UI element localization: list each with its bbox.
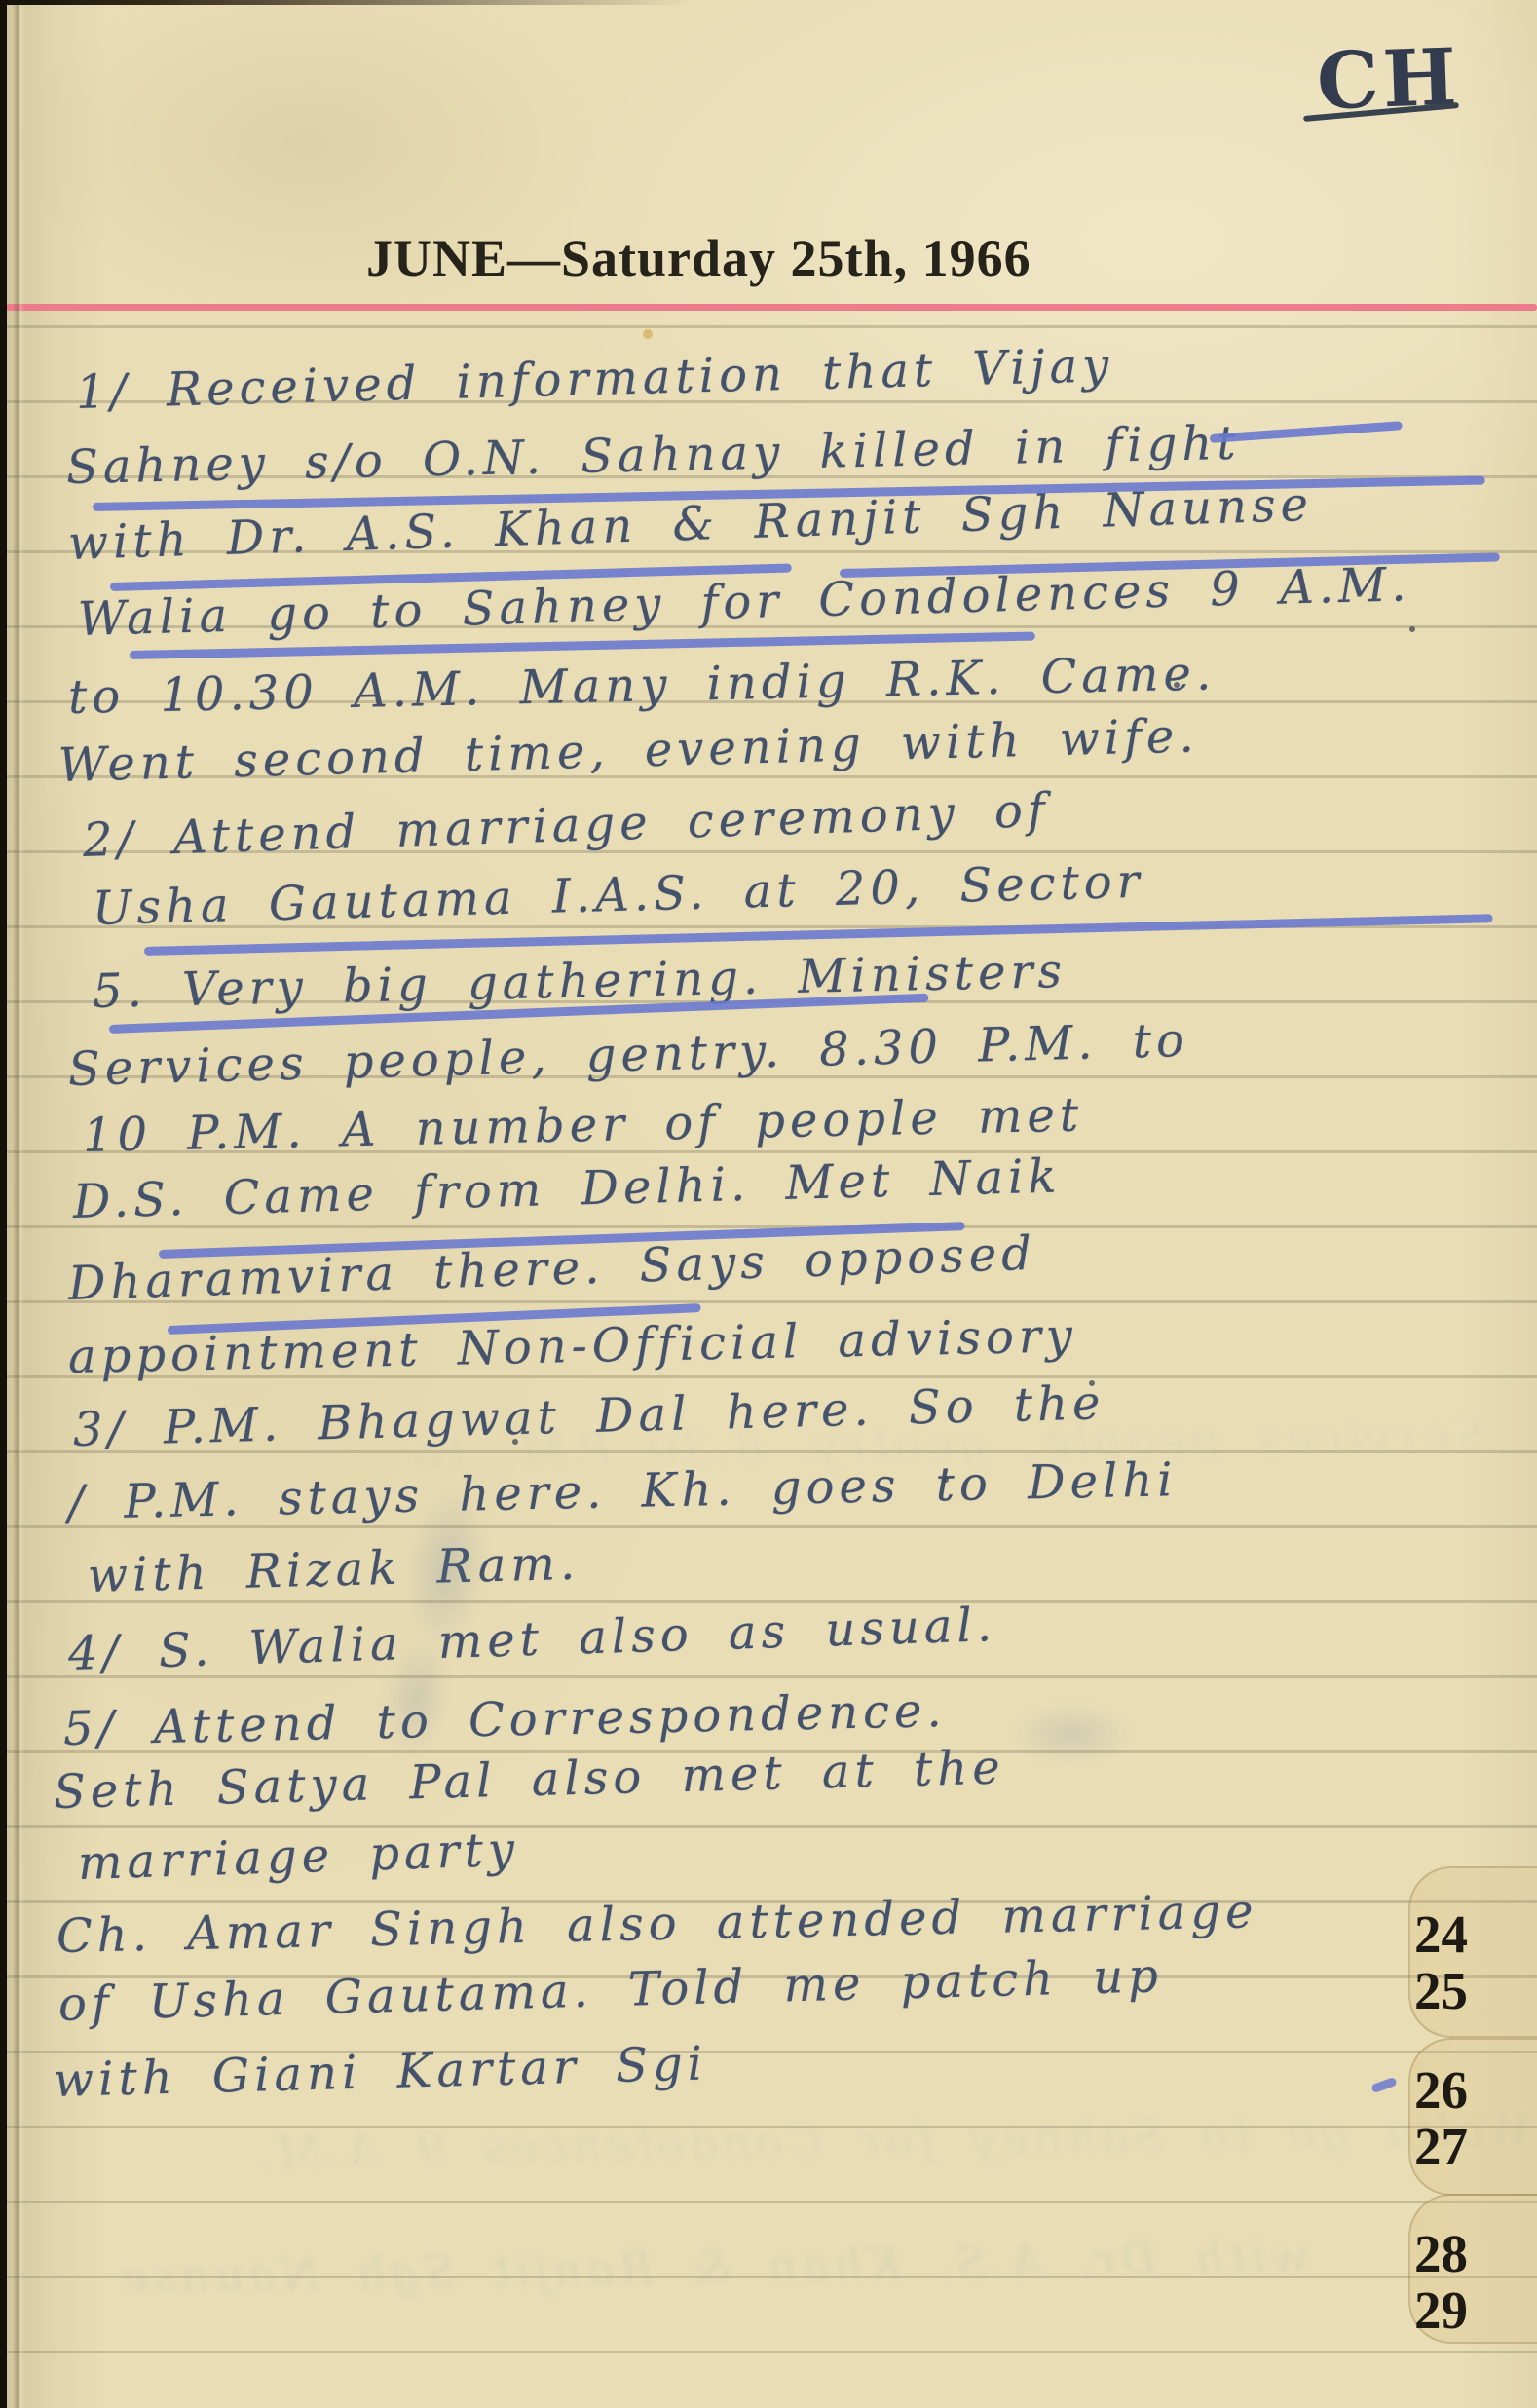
- page-crease: [13, 0, 24, 2408]
- tab-date-number: 28: [1414, 2227, 1502, 2280]
- diary-line: / P.M. stays here. Kh. goes to Delhi: [67, 1452, 1178, 1531]
- tab-date-number: 26: [1414, 2063, 1502, 2117]
- diary-line: Usha Gautama I.A.S. at 20, Sector: [92, 854, 1144, 938]
- tab-date-number: 29: [1414, 2283, 1502, 2337]
- diary-line: with Giani Kartar Sgi: [53, 2036, 708, 2109]
- date-header: JUNE—Saturday 25th, 1966: [366, 228, 1031, 288]
- diary-line: appointment Non-Official advisory: [67, 1308, 1077, 1385]
- ink-speck: [512, 1439, 518, 1445]
- diary-line: 4/ S. Walia met also as usual.: [67, 1598, 997, 1683]
- tab-date-number: 25: [1414, 1964, 1502, 2017]
- tab-date-number: 27: [1414, 2120, 1502, 2173]
- diary-line: 1/ Received information that Vijay: [75, 338, 1114, 421]
- diary-page: JUNE—Saturday 25th, 1966 CH with Dr. A.S…: [0, 0, 1537, 2408]
- paper-stain: [643, 329, 653, 339]
- diary-line: marriage party: [77, 1823, 520, 1893]
- ink-speck: [1409, 626, 1415, 632]
- bleed-through-text: with Dr. A.S. Khan & Ranjit Sgh Naunse: [117, 2230, 1310, 2303]
- tab-date-number: 24: [1414, 1907, 1502, 1961]
- ink-dash-mark: [1370, 2077, 1398, 2093]
- ink-speck: [943, 1477, 949, 1483]
- page-top-edge: [0, 0, 1537, 5]
- ink-speck: [1089, 1380, 1095, 1386]
- ink-speck: [1174, 682, 1180, 688]
- bleed-through-text: Walia go to Sahney for Condolences 9 A.M…: [253, 2103, 1531, 2178]
- binding-edge: [0, 0, 7, 2408]
- ink-smudge: [984, 1690, 1159, 1778]
- header-rule: [6, 304, 1537, 311]
- diary-line: 2/ Attend marriage ceremony of: [82, 783, 1050, 870]
